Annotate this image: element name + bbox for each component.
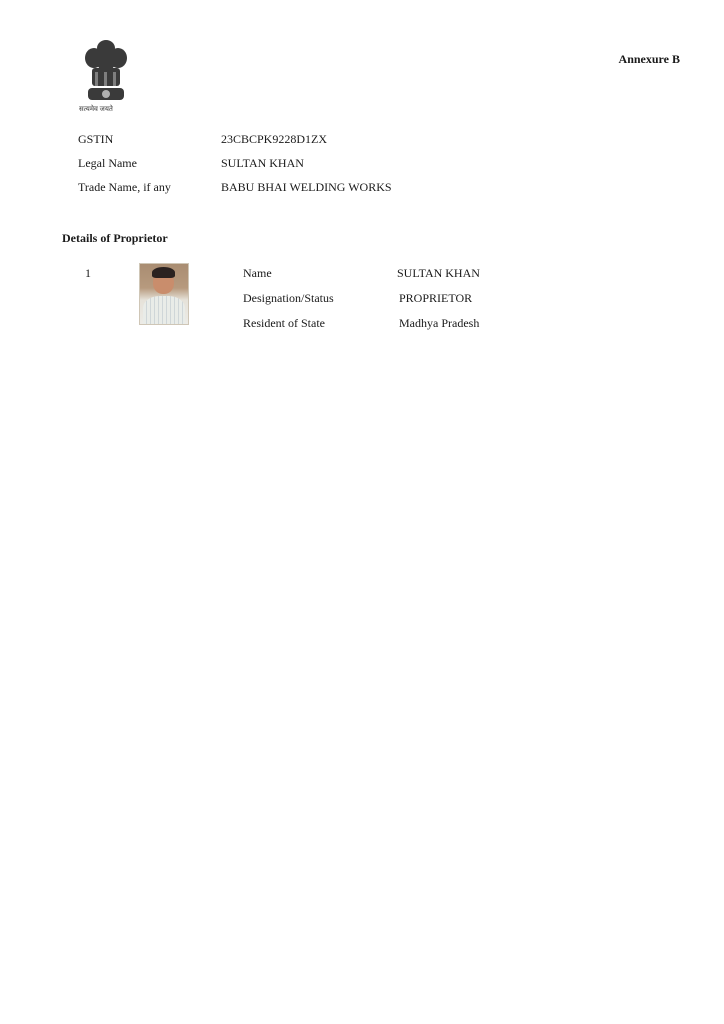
annexure-label: Annexure B [619,52,680,67]
legal-name-label: Legal Name [78,156,137,171]
emblem-motto: सत्यमेव जयते [79,105,113,114]
entry-index: 1 [85,266,91,281]
trade-name-label: Trade Name, if any [78,180,171,195]
gstin-value: 23CBCPK9228D1ZX [221,132,327,147]
proprietor-photo [139,263,189,325]
section-title: Details of Proprietor [62,231,168,246]
legal-name-value: SULTAN KHAN [221,156,304,171]
gstin-label: GSTIN [78,132,113,147]
resident-state-value: Madhya Pradesh [399,316,479,331]
name-label: Name [243,266,272,281]
resident-state-label: Resident of State [243,316,325,331]
trade-name-value: BABU BHAI WELDING WORKS [221,180,392,195]
name-value: SULTAN KHAN [397,266,480,281]
designation-label: Designation/Status [243,291,334,306]
designation-value: PROPRIETOR [399,291,472,306]
